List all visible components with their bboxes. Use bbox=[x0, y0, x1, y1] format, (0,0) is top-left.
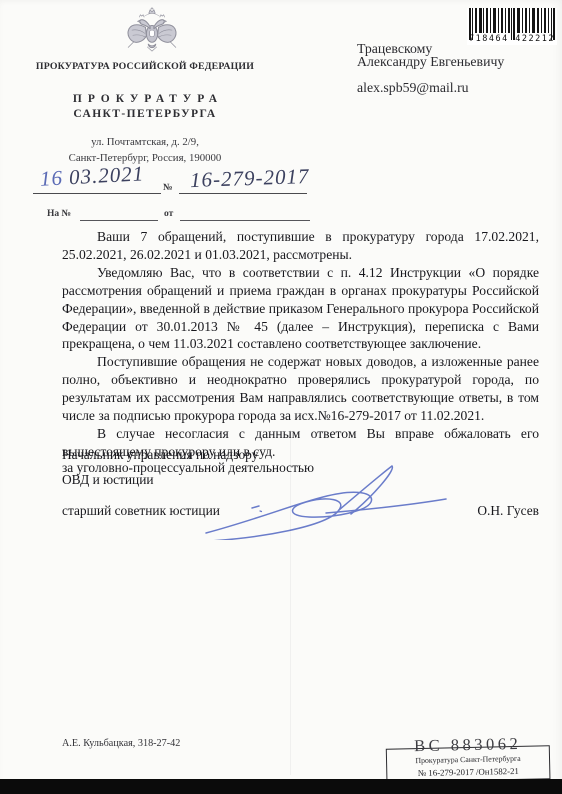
recipient-block: Трацевскому Александру Евгеньевичу alex.… bbox=[357, 42, 504, 94]
body-paragraph-1: Ваши 7 обращений, поступившие в прокурат… bbox=[62, 228, 539, 264]
org-name-prokuratura: ПРОКУРАТУРА bbox=[22, 93, 268, 105]
recipient-name-patronymic: Александру Евгеньевичу bbox=[357, 55, 504, 68]
signature-block: Начальник управления по надзору за уголо… bbox=[62, 449, 539, 519]
paper-fold-line bbox=[290, 430, 291, 775]
executor-contact: А.Е. Кульбацкая, 318-27-42 bbox=[62, 738, 180, 749]
postal-barcode: 718464 422212 bbox=[467, 8, 557, 45]
signer-rank: старший советник юстиции bbox=[62, 503, 220, 519]
number-sign-label: № bbox=[163, 183, 173, 193]
number-underline bbox=[179, 192, 307, 194]
org-name-federation: ПРОКУРАТУРА РОССИЙСКОЙ ФЕДЕРАЦИИ bbox=[22, 61, 268, 72]
russia-coat-of-arms-icon bbox=[124, 5, 180, 59]
registration-stamp: ВС 883062 Прокуратура Санкт-Петербурга №… bbox=[386, 733, 551, 782]
reply-na-label: На № bbox=[47, 209, 71, 219]
body-paragraph-2: Уведомляю Вас, что в соответствии с п. 4… bbox=[62, 264, 539, 354]
reply-number-underline bbox=[80, 219, 158, 221]
scan-edge-artifact bbox=[0, 779, 562, 794]
signer-position-line3: ОВД и юстиции bbox=[62, 474, 539, 487]
reply-ot-label: от bbox=[164, 209, 173, 219]
handwritten-outgoing-number: 16-279-2017 bbox=[190, 164, 310, 193]
handwritten-date-day: 16 bbox=[39, 166, 63, 191]
org-name-city: САНКТ-ПЕТЕРБУРГА bbox=[22, 108, 268, 120]
handwritten-date-monthyear: 03.2021 bbox=[68, 161, 144, 189]
recipient-email: alex.spb59@mail.ru bbox=[357, 81, 504, 94]
letter-body: Ваши 7 обращений, поступившие в прокурат… bbox=[62, 228, 539, 461]
org-address-street: ул. Почтамтская, д. 2/9, bbox=[22, 136, 268, 148]
org-address-city: Санкт-Петербург, Россия, 190000 bbox=[22, 152, 268, 164]
signer-name: О.Н. Гусев bbox=[477, 503, 539, 519]
scanned-letter-page: ПРОКУРАТУРА РОССИЙСКОЙ ФЕДЕРАЦИИ ПРОКУРА… bbox=[0, 0, 562, 794]
reply-date-underline bbox=[180, 219, 310, 221]
date-underline bbox=[33, 192, 161, 194]
letterhead: ПРОКУРАТУРА РОССИЙСКОЙ ФЕДЕРАЦИИ ПРОКУРА… bbox=[22, 61, 268, 164]
body-paragraph-3: Поступившие обращения не содержат новых … bbox=[62, 353, 539, 425]
handwritten-date: 1603.2021 bbox=[39, 161, 144, 191]
stamp-series-number: ВС 883062 bbox=[386, 733, 550, 756]
stamp-case-number: № 16-279-2017 /Он1582-21 bbox=[389, 765, 547, 778]
